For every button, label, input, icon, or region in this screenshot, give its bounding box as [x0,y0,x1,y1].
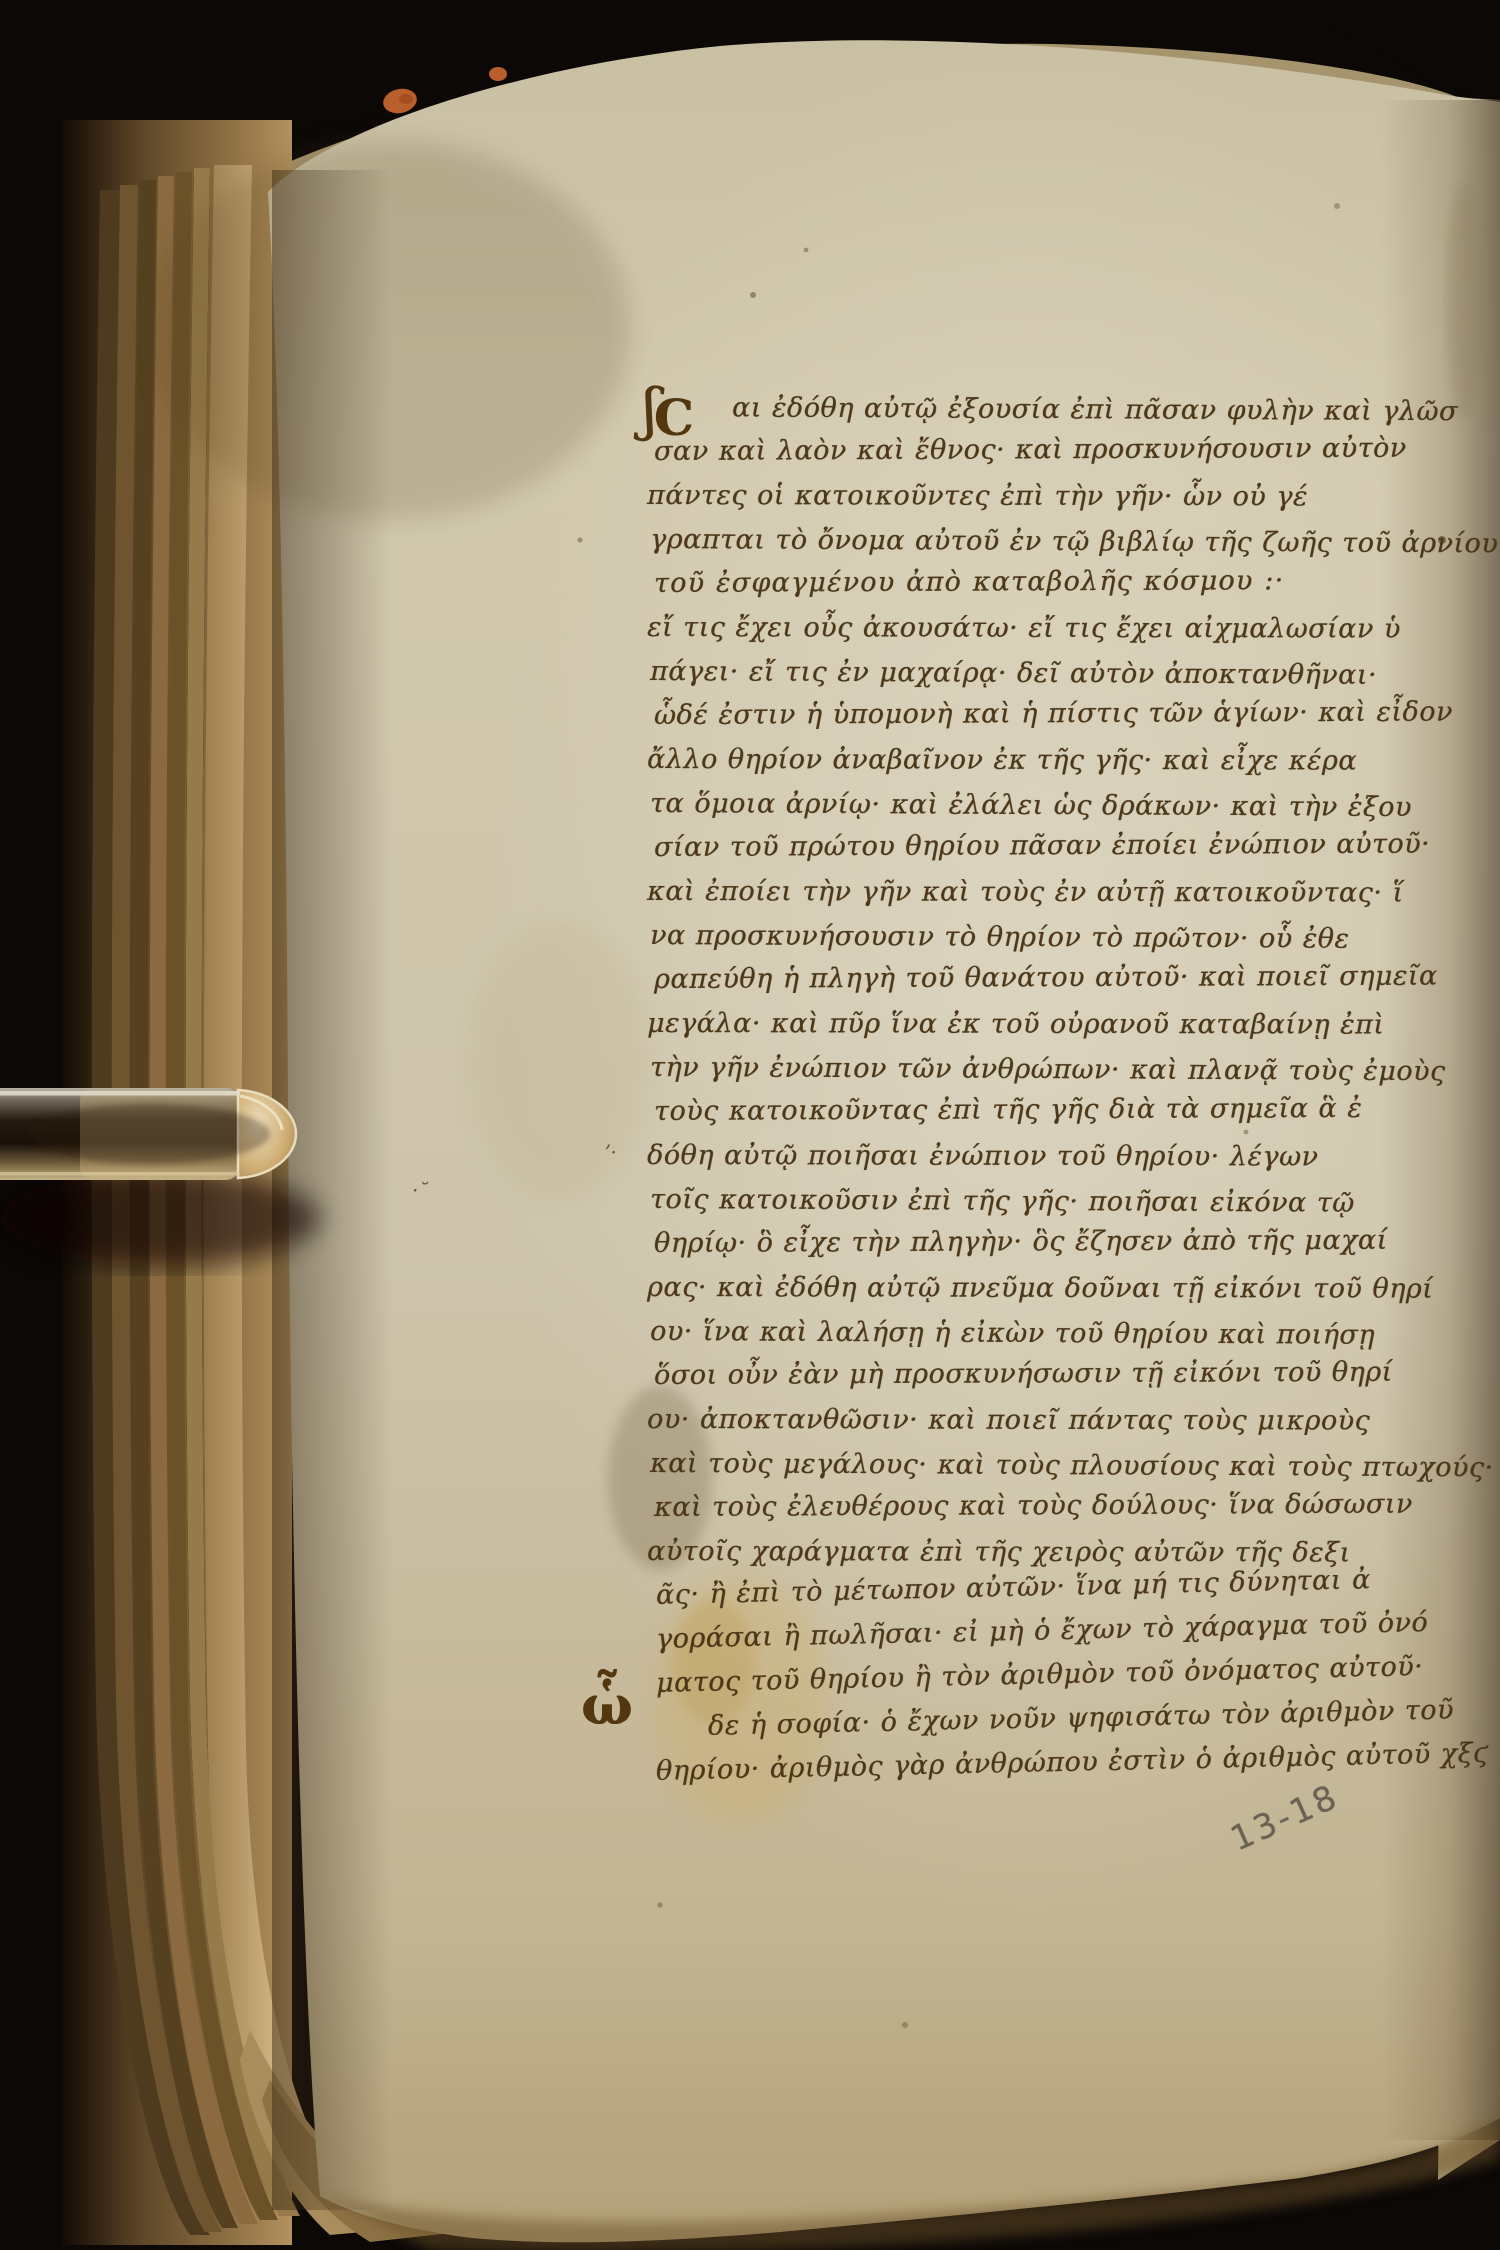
manuscript-line: τοὺς κατοικοῦντας ἐπὶ τῆς γῆς διὰ τὰ σημ… [654,1086,1454,1133]
initial-letter: Ϲ [654,393,694,443]
manuscript-line: ρας· καὶ ἐδόθη αὐτῷ πνεῦμα δοῦναι τῇ εἰκ… [647,1266,1447,1312]
manuscript-line: τοῦ ἐσφαγμένου ἀπὸ καταβολῆς κόσμου :· [654,558,1454,605]
drop-initial-kai: ʃϹ [642,388,694,441]
manuscript-line: εἴ τις ἔχει οὖς ἀκουσάτω· εἴ τις ἔχει αἰ… [647,606,1447,652]
manuscript-line: ου· ἀποκτανθῶσιν· καὶ ποιεῖ πάντας τοὺς … [647,1398,1447,1444]
manuscript-line: δόθη αὐτῷ ποιῆσαι ἐνώπιον τοῦ θηρίου· λέ… [647,1134,1447,1180]
margin-tick: ʼ· [604,1140,617,1164]
manuscript-line: ὧδέ ἐστιν ἡ ὑπομονὴ καὶ ἡ πίστις τῶν ἁγί… [654,690,1454,737]
manuscript-line: ραπεύθη ἡ πληγὴ τοῦ θανάτου αὐτοῦ· καὶ π… [654,954,1454,1001]
manuscript-line: θηρίῳ· ὃ εἶχε τὴν πληγὴν· ὃς ἔζησεν ἀπὸ … [654,1218,1454,1265]
manuscript-line: μεγάλα· καὶ πῦρ ἵνα ἐκ τοῦ οὐρανοῦ καταβ… [647,1002,1447,1048]
drop-initial-omega: ὧ [581,1678,632,1732]
margin-tick: ·˘ [412,1178,428,1202]
manuscript-photograph: αι ἐδόθη αὐτῷ ἐξουσία ἐπὶ πᾶσαν φυλὴν κα… [0,0,1500,2250]
manuscript-line: σίαν τοῦ πρώτου θηρίου πᾶσαν ἐποίει ἐνώπ… [654,822,1454,869]
manuscript-line: σαν καὶ λαὸν καὶ ἔθνος· καὶ προσκυνήσουσ… [654,426,1454,473]
manuscript-line: ὅσοι οὖν ἐὰν μὴ προσκυνήσωσιν τῇ εἰκόνι … [654,1350,1454,1397]
text-column: αι ἐδόθη αὐτῷ ἐξουσία ἐπὶ πᾶσαν φυλὴν κα… [650,386,1450,1826]
manuscript-line: ἄλλο θηρίον ἀναβαῖνον ἐκ τῆς γῆς· καὶ εἶ… [647,738,1447,784]
manuscript-line: καὶ ἐποίει τὴν γῆν καὶ τοὺς ἐν αὐτῇ κατο… [647,870,1447,916]
manuscript-line: πάντες οἱ κατοικοῦντες ἐπὶ τὴν γῆν· ὧν ο… [647,474,1447,520]
manuscript-line: καὶ τοὺς ἐλευθέρους καὶ τοὺς δούλους· ἵν… [654,1482,1454,1529]
orange-ink-stain-small [489,67,507,81]
